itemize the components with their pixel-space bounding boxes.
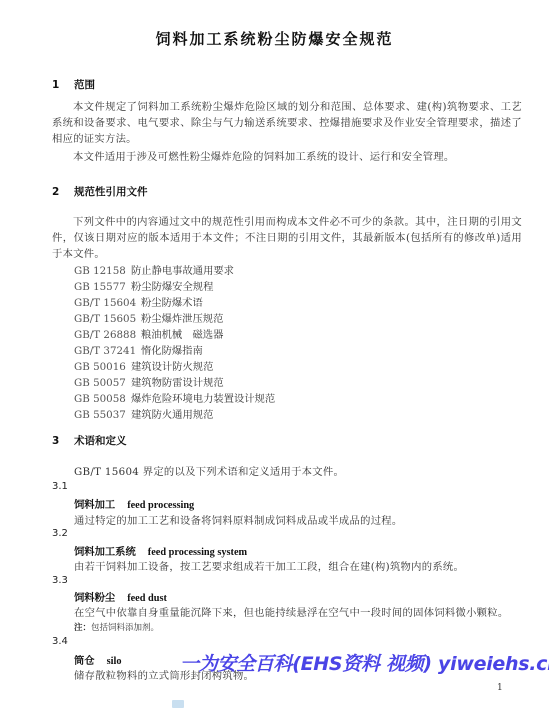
clause-number: 3.4: [52, 636, 68, 647]
note-label: 注：: [74, 623, 91, 633]
term-note: 注：包括饲料添加剂。: [74, 621, 159, 633]
reference-item: GB/T 26888粮油机械 磁选器: [74, 326, 223, 341]
reference-code: GB/T 15604: [74, 297, 141, 309]
section-heading-scope: 1范围: [52, 77, 95, 92]
reference-title: 粉尘爆炸泄压规范: [141, 313, 223, 325]
term-heading: 筒仓silo: [74, 652, 121, 667]
stamp-mark: [172, 700, 184, 708]
term-en: feed dust: [127, 593, 167, 604]
reference-item: GB 15577粉尘防爆安全规程: [74, 278, 213, 293]
term-definition: 在空气中依靠自身重量能沉降下来，但也能持续悬浮在空气中一段时间的固体饲料微小颗粒…: [74, 604, 508, 619]
reference-code: GB 50057: [74, 377, 131, 389]
reference-title: 防止静电事故通用要求: [131, 265, 234, 277]
section-number: 2: [52, 186, 74, 198]
term-en: feed processing: [127, 500, 194, 511]
terms-intro: GB/T 15604 界定的以及下列术语和定义适用于本文件。: [74, 463, 344, 478]
reference-code: GB 12158: [74, 265, 131, 277]
clause-number: 3.3: [52, 575, 68, 586]
reference-code: GB 50016: [74, 361, 131, 373]
reference-title: 建筑设计防火规范: [131, 361, 213, 373]
section-heading-terms: 3术语和定义: [52, 433, 127, 448]
clause-number: 3.2: [52, 528, 68, 539]
reference-title: 惰化防爆指南: [141, 345, 203, 357]
clause-number: 3.1: [52, 481, 68, 492]
watermark-text: 一为安全百科(EHS资料 视频) yiweiehs.cn: [180, 649, 549, 676]
term-en: silo: [107, 656, 122, 667]
reference-code: GB/T 26888: [74, 329, 141, 341]
document-title: 饲料加工系统粉尘防爆安全规范: [0, 28, 549, 49]
term-en: feed processing system: [148, 547, 247, 558]
section-title: 范围: [74, 79, 95, 91]
section-title: 规范性引用文件: [74, 186, 148, 198]
term-definition: 由若干饲料加工设备，按工艺要求组成若干加工工段，组合在建(构)筑物内的系统。: [74, 558, 464, 573]
reference-item: GB 12158防止静电事故通用要求: [74, 262, 234, 277]
term-zh: 筒仓: [74, 655, 95, 667]
reference-item: GB/T 15605粉尘爆炸泄压规范: [74, 310, 223, 325]
reference-item: GB/T 15604粉尘防爆术语: [74, 294, 203, 309]
reference-code: GB 15577: [74, 281, 131, 293]
section-heading-references: 2规范性引用文件: [52, 184, 148, 199]
scope-paragraph-2: 本文件适用于涉及可燃性粉尘爆炸危险的饲料加工系统的设计、运行和安全管理。: [52, 149, 522, 165]
reference-title: 粮油机械 磁选器: [141, 329, 223, 341]
page-number: 1: [497, 683, 503, 693]
section-number: 1: [52, 79, 74, 91]
reference-title: 粉尘防爆术语: [141, 297, 203, 309]
note-text: 包括饲料添加剂。: [91, 623, 159, 633]
section-title: 术语和定义: [74, 435, 127, 447]
reference-title: 建筑物防雷设计规范: [131, 377, 224, 389]
term-zh: 饲料加工: [74, 499, 115, 511]
term-heading: 饲料加工feed processing: [74, 496, 194, 511]
term-definition: 通过特定的加工工艺和设备将饲料原料制成饲料成品或半成品的过程。: [74, 512, 403, 527]
references-intro: 下列文件中的内容通过文中的规范性引用而构成本文件必不可少的条款。其中，注日期的引…: [52, 214, 522, 262]
term-heading: 饲料粉尘feed dust: [74, 589, 167, 604]
reference-title: 爆炸危险环境电力装置设计规范: [131, 393, 275, 405]
reference-title: 粉尘防爆安全规程: [131, 281, 213, 293]
reference-code: GB/T 15605: [74, 313, 141, 325]
term-heading: 饲料加工系统feed processing system: [74, 543, 247, 558]
section-number: 3: [52, 435, 74, 447]
reference-item: GB 55037建筑防火通用规范: [74, 406, 213, 421]
reference-item: GB 50057建筑物防雷设计规范: [74, 374, 224, 389]
reference-code: GB/T 37241: [74, 345, 141, 357]
reference-code: GB 55037: [74, 409, 131, 421]
reference-title: 建筑防火通用规范: [131, 409, 213, 421]
reference-item: GB/T 37241惰化防爆指南: [74, 342, 203, 357]
scope-paragraph-1: 本文件规定了饲料加工系统粉尘爆炸危险区域的划分和范围、总体要求、建(构)筑物要求…: [52, 99, 522, 147]
term-zh: 饲料粉尘: [74, 592, 115, 604]
reference-code: GB 50058: [74, 393, 131, 405]
reference-item: GB 50016建筑设计防火规范: [74, 358, 213, 373]
term-zh: 饲料加工系统: [74, 546, 136, 558]
reference-item: GB 50058爆炸危险环境电力装置设计规范: [74, 390, 275, 405]
